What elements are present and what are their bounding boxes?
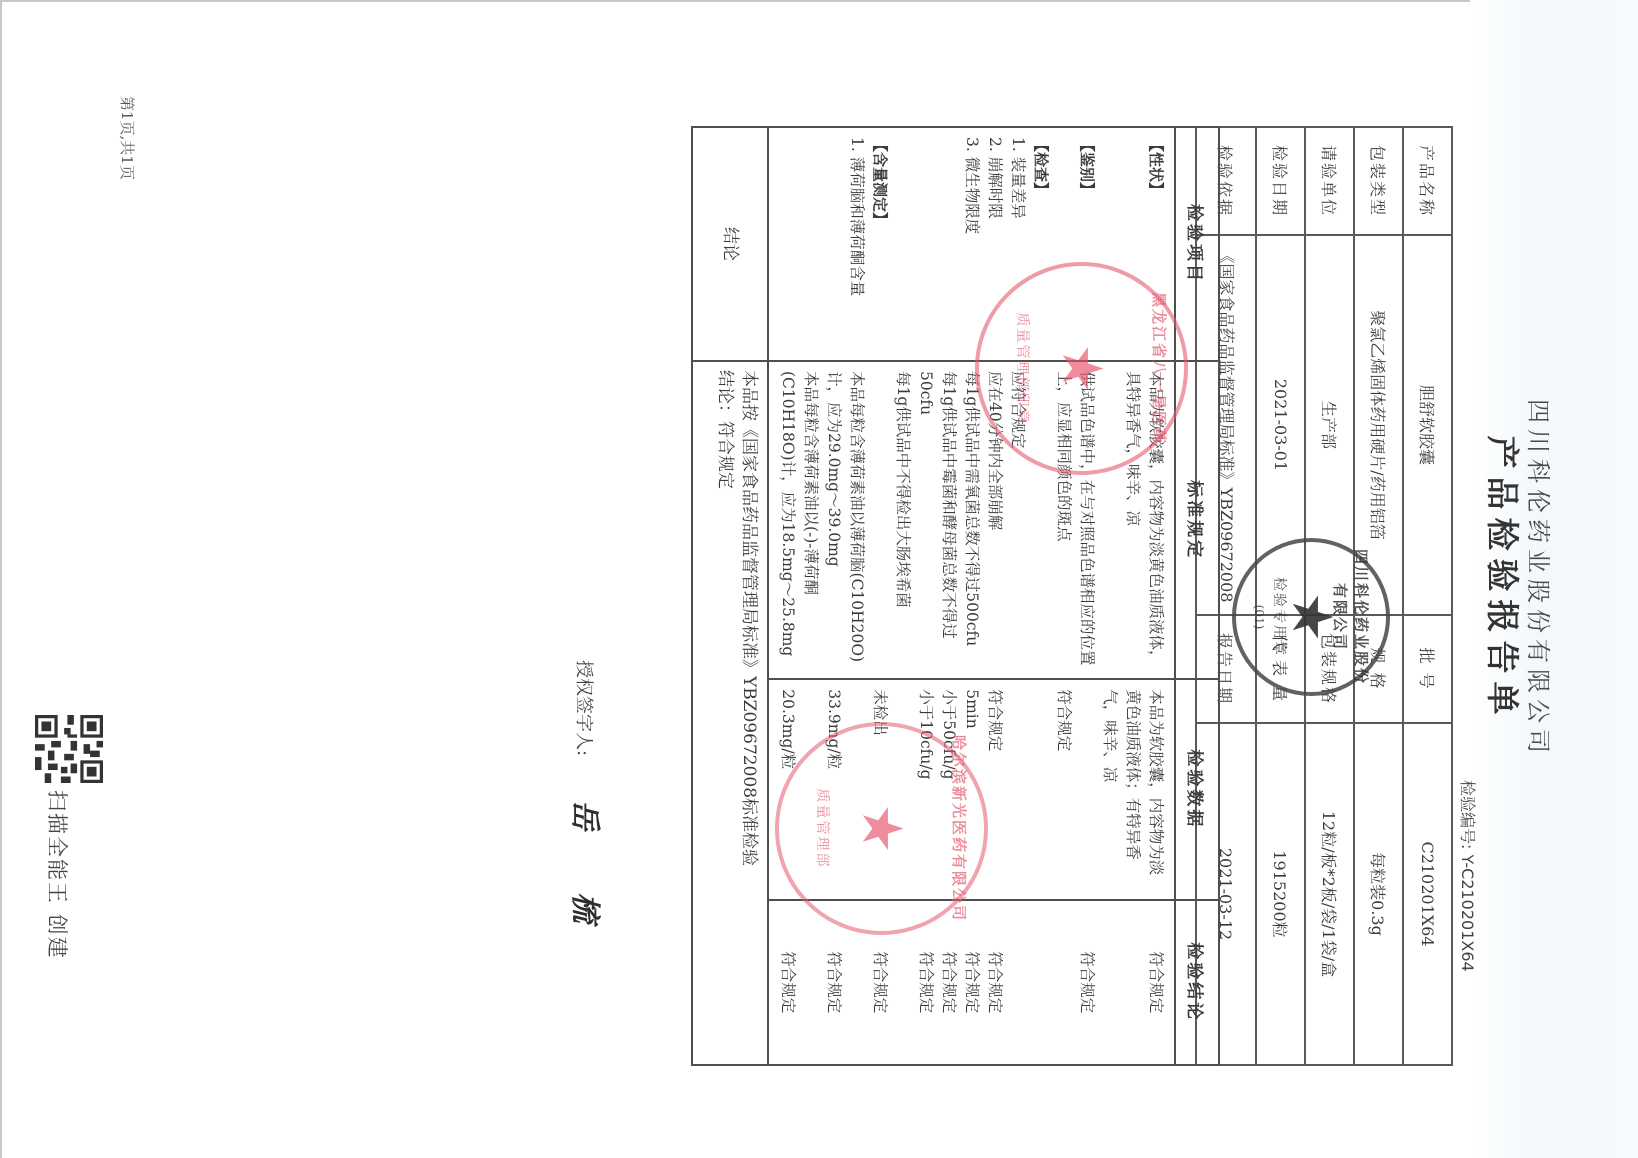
distributor-seal-1: 黑龙江省八一星医药 ★ 质量管理部印章 — [975, 262, 1188, 475]
std-aerobic: 每1g供试品中需氧菌总数不得过500cfu — [960, 371, 983, 669]
report-number: 检验编号: Y-C210201X64 — [1457, 780, 1480, 972]
report-title: 产品检验报告单 — [1481, 0, 1528, 1158]
signature: 岳 梳 — [566, 800, 610, 948]
product-name-label: 产品名称 — [1403, 127, 1452, 235]
item-microbial-limit: 3. 微生物限度 — [960, 137, 983, 351]
seal-distributor-text: 哈尔滨新光医药有限公司 — [949, 726, 970, 931]
batch-label: 批 号 — [1403, 615, 1452, 723]
seal-distributor-text: 黑龙江省八一星医药 — [1149, 266, 1170, 471]
data-fill-variance: 符合规定 — [983, 689, 1006, 889]
result-aerobic: 符合规定 — [937, 910, 960, 1055]
seal-code: (01) — [1252, 542, 1266, 692]
item-menthol-assay: 1. 薄荷脑和薄荷酮含量 — [845, 137, 868, 351]
result-menthol: 符合规定 — [822, 910, 845, 1055]
signer-label: 授权签字人: — [572, 660, 598, 756]
section-assay: 【含量测定】 — [868, 137, 891, 351]
product-name-value: 胆舒软胶囊 — [1403, 235, 1452, 615]
result-menthone: 符合规定 — [776, 910, 799, 1055]
std-menthone: 本品每粒含薄荷素油以(-)-薄荷酮(C10H18O)计，应为18.5mg～25.… — [776, 371, 822, 669]
applicant-label: 请验单位 — [1305, 127, 1354, 235]
quantity-value: 1915200粒 — [1256, 723, 1305, 1065]
report-number-label: 检验编号: — [1458, 780, 1477, 849]
header-result: 检验结论 — [1175, 900, 1219, 1065]
header-standard: 标准规定 — [1175, 361, 1219, 679]
data-identification: 符合规定 — [1052, 689, 1075, 889]
header-item: 检验项目 — [1175, 127, 1219, 361]
inspection-report-page: 四川科伦药业股份有限公司 产品检验报告单 检验编号: Y-C210201X64 … — [0, 0, 1638, 1158]
page-number: 第1页,共1页 — [117, 96, 138, 180]
distributor-seal-2: 哈尔滨新光医药有限公司 ★ 质量管理部 — [775, 722, 988, 935]
result-fill-variance: 符合规定 — [983, 910, 1006, 1055]
result-appearance: 符合规定 — [1144, 910, 1167, 1055]
items-header-row: 检验项目 标准规定 检验数据 检验结论 — [1175, 127, 1219, 1065]
conclusion-row: 结论 本品按《国家食品药品监督管理局标准》YBZ09672008标准检验 结论：… — [692, 127, 768, 1065]
info-row: 产品名称 胆舒软胶囊 批 号 C210201X64 — [1403, 127, 1452, 1065]
package-type-label: 包装类型 — [1354, 127, 1403, 235]
star-icon: ★ — [854, 803, 910, 853]
conclusion-text: 本品按《国家食品药品监督管理局标准》YBZ09672008标准检验 结论：符合规… — [692, 361, 768, 1065]
conclusion-line-1: 本品按《国家食品药品监督管理局标准》YBZ09672008标准检验 — [737, 370, 761, 1056]
data-appearance: 本品为软胶囊，内容物为淡黄色油质液体；有特异香气，味辛、凉 — [1098, 689, 1167, 889]
std-menthol: 本品每粒含薄荷素油以薄荷脑(C10H20O)计，应为29.0mg～39.0mg — [822, 371, 868, 669]
seal-dept-text: 质量管理部印章 — [1013, 266, 1033, 471]
seal-company-text: 四川科伦药业股份有限公司 — [1330, 542, 1372, 692]
result-mold-yeast: 符合规定 — [914, 910, 937, 1055]
seal-purpose-text: 检验专用章 — [1270, 542, 1290, 692]
inspect-date-label: 检验日期 — [1256, 127, 1305, 235]
header-data: 检验数据 — [1175, 679, 1219, 899]
std-ecoli: 每1g供试品中不得检出大肠埃希菌 — [891, 371, 914, 669]
company-name: 四川科伦药业股份有限公司 — [1523, 0, 1558, 1158]
conclusion-line-2: 结论：符合规定 — [713, 370, 737, 1056]
package-spec-value: 12粒/板*2板/袋/1袋/盒 — [1305, 723, 1354, 1065]
qr-code-icon[interactable] — [35, 715, 103, 783]
result-disintegration: 符合规定 — [960, 910, 983, 1055]
spec-value: 每粒装0.3g — [1354, 723, 1403, 1065]
batch-value: C210201X64 — [1403, 723, 1452, 1065]
conclusion-label: 结论 — [692, 127, 768, 361]
company-inspection-seal: 四川科伦药业股份有限公司 ★ 检验专用章 (01) — [1232, 538, 1390, 696]
star-icon: ★ — [1054, 343, 1110, 393]
report-number-value: Y-C210201X64 — [1458, 855, 1477, 972]
scanner-watermark: 扫描全能王 创建 — [43, 790, 73, 960]
seal-dept-text: 质量管理部 — [813, 726, 833, 931]
result-identification: 符合规定 — [1075, 910, 1098, 1055]
std-mold-yeast: 每1g供试品中霉菌和酵母菌总数不得过50cfu — [914, 371, 960, 669]
